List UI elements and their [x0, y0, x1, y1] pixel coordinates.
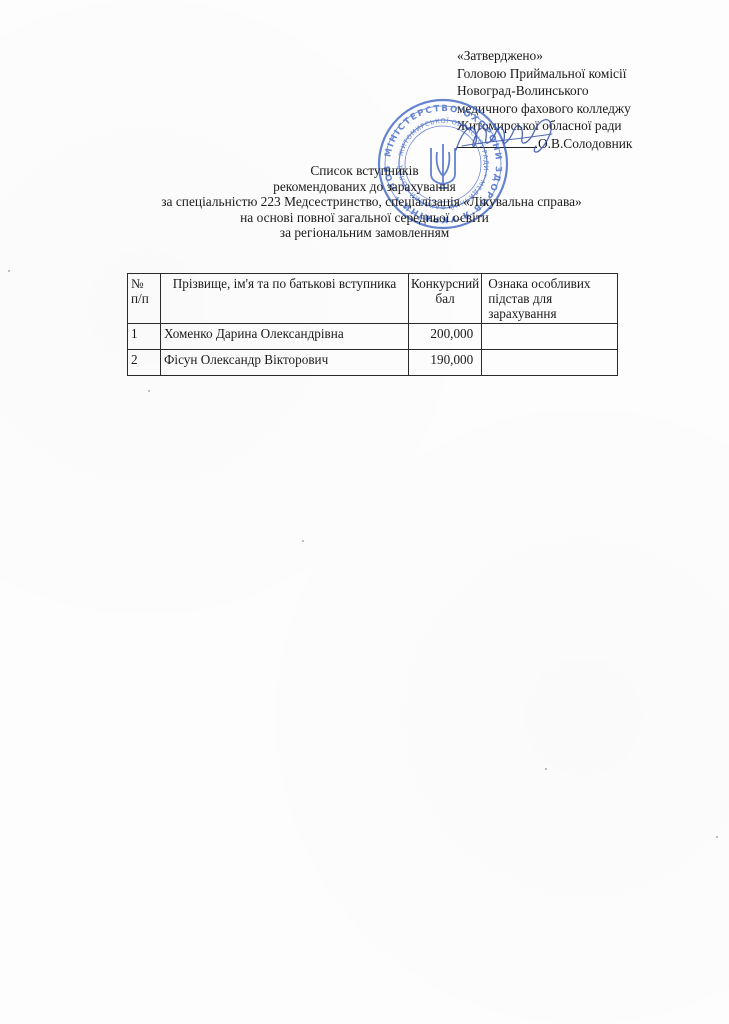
title-line: за регіональним замовленням [0, 225, 729, 241]
approval-line: Житомирської обласної ради [457, 117, 632, 135]
signer-name: О.В.Солодовник [538, 136, 632, 151]
title-line: на основі повної загальної середньої осв… [0, 210, 729, 226]
document-title: Список вступників рекомендованих до зара… [0, 163, 729, 241]
approval-block: «Затверджено» Головою Приймальної комісі… [457, 47, 632, 153]
header-name: Прізвище, ім'я та по батькові вступника [161, 274, 409, 324]
cell-name: Хоменко Дарина Олександрівна [161, 324, 409, 350]
applicants-table: № п/п Прізвище, ім'я та по батькові всту… [127, 273, 618, 376]
cell-grounds [482, 350, 618, 376]
table-row: 1 Хоменко Дарина Олександрівна 200,000 [128, 324, 618, 350]
scan-speck [148, 390, 150, 392]
signature-underline [457, 147, 537, 148]
cell-number: 1 [128, 324, 161, 350]
title-line: рекомендованих до зарахування [0, 179, 729, 195]
title-line-specialty: за спеціальністю 223 Медсестринство, спе… [14, 194, 729, 210]
approval-line: Новоград-Волинського [457, 82, 632, 100]
approval-line: Головою Приймальної комісії [457, 65, 632, 83]
header-score: Конкурсний бал [409, 274, 482, 324]
cell-name: Фісун Олександр Вікторович [161, 350, 409, 376]
approval-line: медичного фахового колледжу [457, 100, 632, 118]
cell-score: 190,000 [409, 350, 482, 376]
signer-line: О.В.Солодовник [457, 135, 632, 153]
table-row: 2 Фісун Олександр Вікторович 190,000 [128, 350, 618, 376]
document-page: «Затверджено» Головою Приймальної комісі… [0, 0, 729, 1024]
approval-heading: «Затверджено» [457, 47, 632, 65]
cell-score: 200,000 [409, 324, 482, 350]
cell-grounds [482, 324, 618, 350]
scan-speck [545, 768, 547, 770]
cell-number: 2 [128, 350, 161, 376]
header-number: № п/п [128, 274, 161, 324]
table-header-row: № п/п Прізвище, ім'я та по батькові всту… [128, 274, 618, 324]
title-line: Список вступників [0, 163, 729, 179]
header-grounds: Ознака особливих підстав для зарахування [482, 274, 618, 324]
scan-speck [716, 836, 718, 838]
scan-speck [8, 270, 10, 272]
scan-speck [302, 540, 304, 542]
